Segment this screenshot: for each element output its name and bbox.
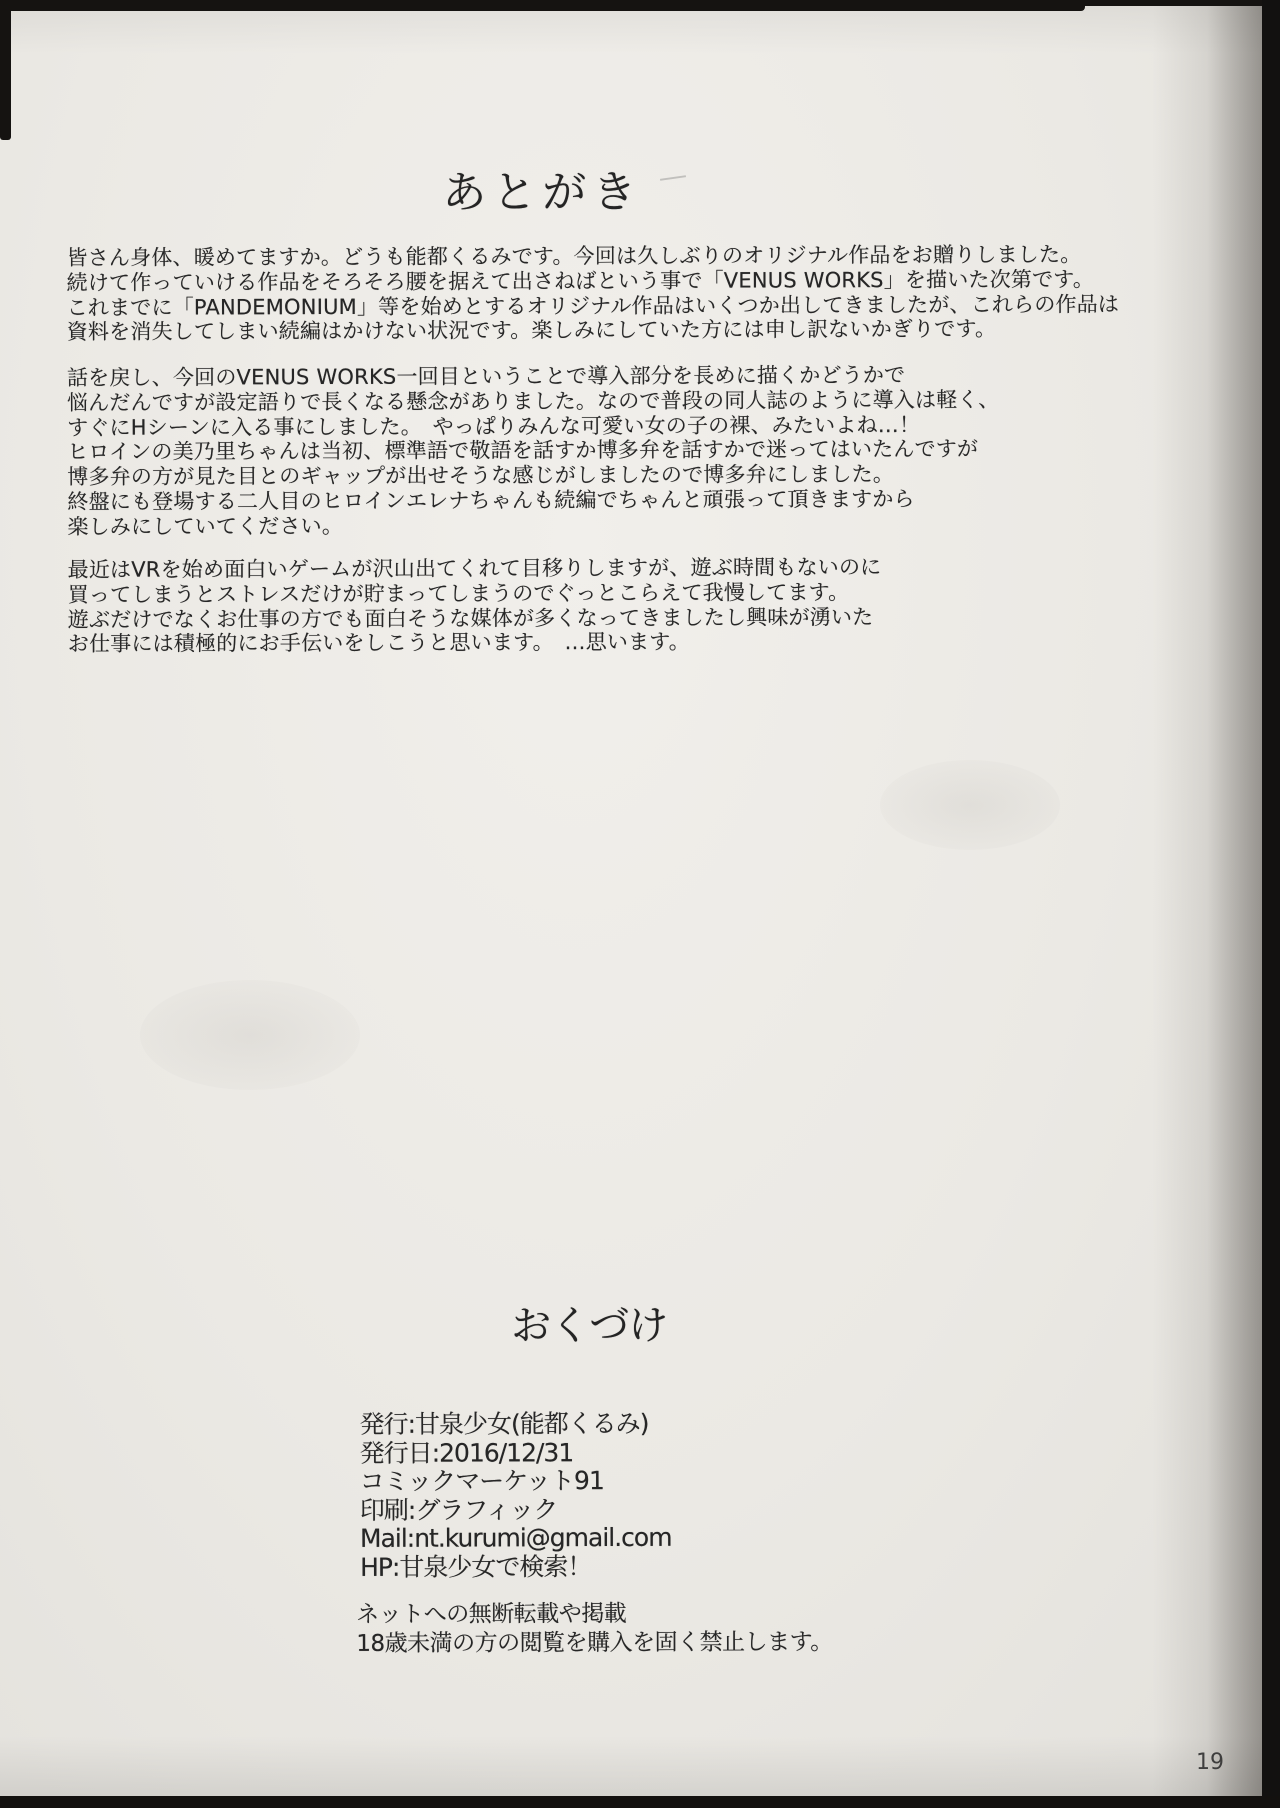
scan-shadow-right [1207, 0, 1262, 1808]
colophon-details: 発行:甘泉少女(能都くるみ) 発行日:2016/12/31 コミックマーケット9… [360, 1410, 672, 1583]
page-content: あとがき 皆さん身体、暖めてますか。どうも能都くるみです。今回は久しぶりのオリジ… [0, 0, 1280, 1808]
scan-smudge [140, 980, 360, 1090]
colophon-title: おくづけ [511, 1294, 667, 1352]
scan-smudge [880, 760, 1060, 850]
scan-edge-top [0, 0, 1085, 11]
afterword-paragraph-2: 話を戻し、今回のVENUS WORKS一回目ということで導入部分を長めに描くかど… [67, 362, 1258, 540]
afterword-title: あとがき [442, 156, 642, 221]
scan-edge-top-right [1060, 0, 1280, 6]
colophon-notice: ネットへの無断転載や掲載 18歳未満の方の閲覧を購入を固く禁止します。 [356, 1599, 833, 1659]
afterword-paragraph-1: 皆さん身体、暖めてますか。どうも能都くるみです。今回は久しぶりのオリジナル作品を… [66, 242, 1256, 345]
scan-edge-bottom [0, 1796, 1280, 1808]
scan-edge-right [1262, 0, 1280, 1808]
scan-edge-left [0, 0, 11, 140]
scanned-doujinshi-page: あとがき 皆さん身体、暖めてますか。どうも能都くるみです。今回は久しぶりのオリジ… [0, 0, 1280, 1808]
afterword-paragraph-3: 最近はVRを始め面白いゲームが沢山出てくれて目移りしますが、遊ぶ時間もないのに … [68, 554, 1258, 657]
